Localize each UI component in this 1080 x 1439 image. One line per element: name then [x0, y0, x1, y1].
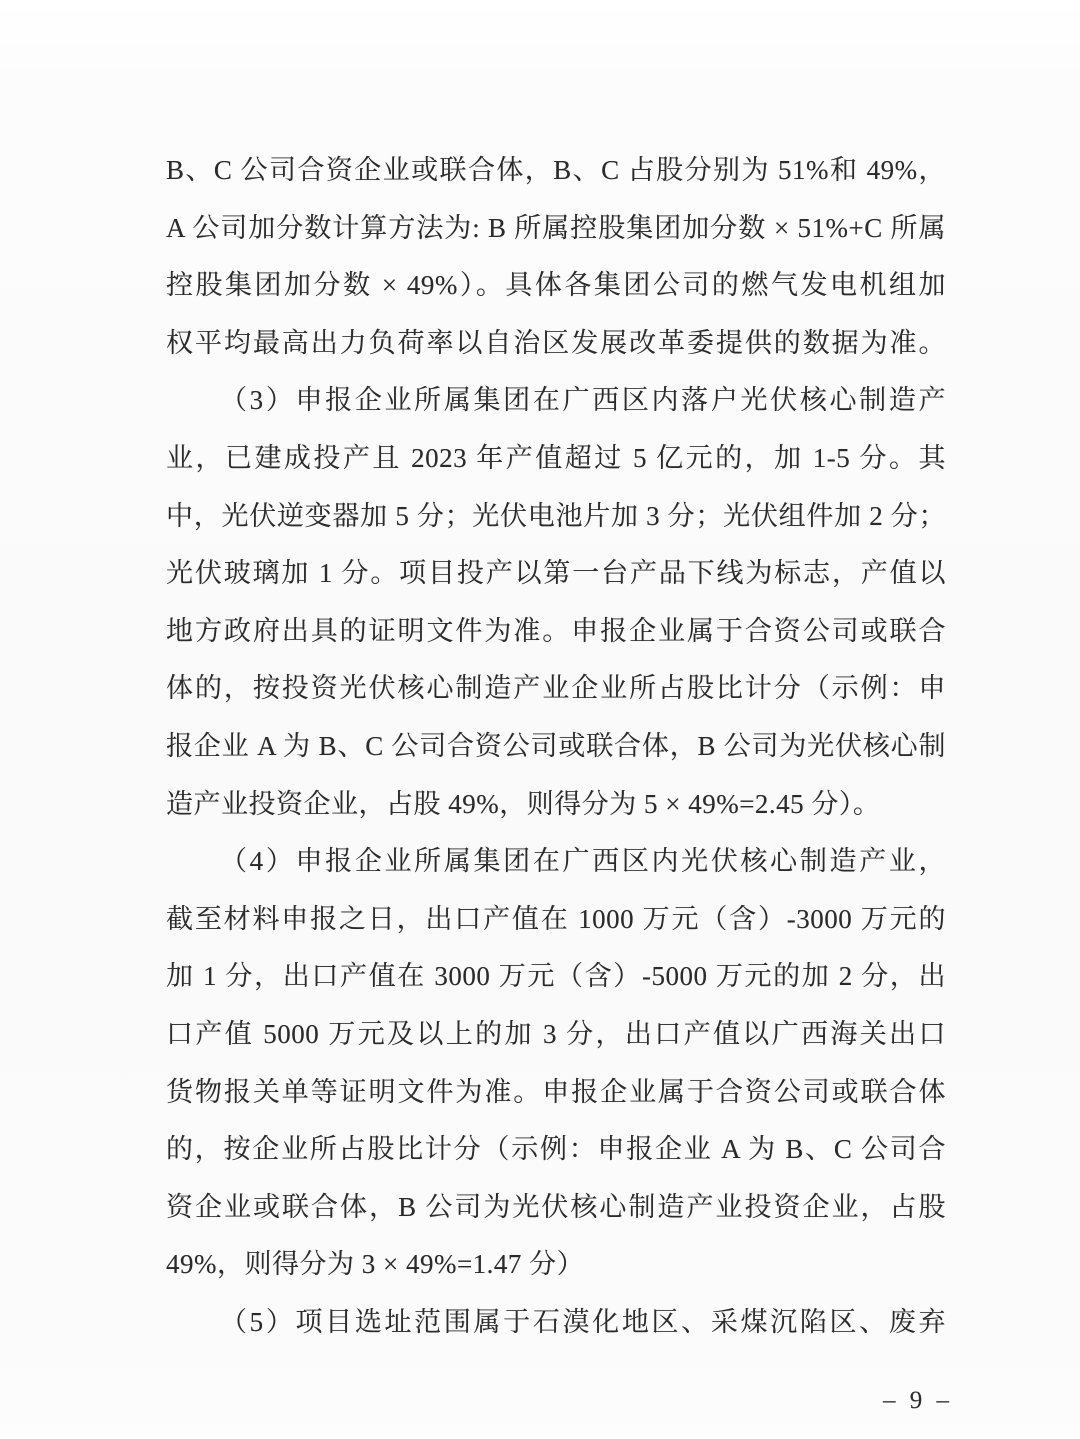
text-line: （5）项目选址范围属于石漠化地区、采煤沉陷区、废弃: [166, 1294, 946, 1352]
text-line: B、C 公司合资企业或联合体，B、C 占股分别为 51%和 49%，则: [166, 142, 946, 200]
paragraph: B、C 公司合资企业或联合体，B、C 占股分别为 51%和 49%，则A 公司加…: [166, 142, 946, 372]
text-line: 造产业投资企业，占股 49%，则得分为 5 × 49%=2.45 分）。: [166, 776, 946, 834]
paragraph: （3）申报企业所属集团在广西区内落户光伏核心制造产业，已建成投产且 2023 年…: [166, 372, 946, 833]
text-line: 控股集团加分数 × 49%）。具体各集团公司的燃气发电机组加: [166, 257, 946, 315]
text-line: 权平均最高出力负荷率以自治区发展改革委提供的数据为准。: [166, 315, 946, 373]
text-line: 中，光伏逆变器加 5 分；光伏电池片加 3 分；光伏组件加 2 分；: [166, 488, 946, 546]
document-body: B、C 公司合资企业或联合体，B、C 占股分别为 51%和 49%，则A 公司加…: [166, 142, 946, 1351]
text-line: 的，按企业所占股比计分（示例：申报企业 A 为 B、C 公司合: [166, 1121, 946, 1179]
text-line: 49%，则得分为 3 × 49%=1.47 分）: [166, 1236, 946, 1294]
text-line: 货物报关单等证明文件为准。申报企业属于合资公司或联合体: [166, 1064, 946, 1122]
text-line: 业，已建成投产且 2023 年产值超过 5 亿元的，加 1-5 分。其: [166, 430, 946, 488]
text-line: 地方政府出具的证明文件为准。申报企业属于合资公司或联合: [166, 603, 946, 661]
page-number: – 9 –: [883, 1386, 953, 1416]
text-line: 加 1 分，出口产值在 3000 万元（含）-5000 万元的加 2 分，出: [166, 948, 946, 1006]
paragraph: （5）项目选址范围属于石漠化地区、采煤沉陷区、废弃: [166, 1294, 946, 1352]
text-line: 截至材料申报之日，出口产值在 1000 万元（含）-3000 万元的: [166, 891, 946, 949]
text-line: 光伏玻璃加 1 分。项目投产以第一台产品下线为标志，产值以: [166, 545, 946, 603]
paragraph: （4）申报企业所属集团在广西区内光伏核心制造产业，截至材料申报之日，出口产值在 …: [166, 833, 946, 1294]
text-line: （4）申报企业所属集团在广西区内光伏核心制造产业，: [166, 833, 946, 891]
document-page: B、C 公司合资企业或联合体，B、C 占股分别为 51%和 49%，则A 公司加…: [0, 0, 1080, 1439]
text-line: 体的，按投资光伏核心制造产业企业所占股比计分（示例：申: [166, 660, 946, 718]
text-line: A 公司加分数计算方法为: B 所属控股集团加分数 × 51%+C 所属: [166, 200, 946, 258]
text-line: （3）申报企业所属集团在广西区内落户光伏核心制造产: [166, 372, 946, 430]
text-line: 报企业 A 为 B、C 公司合资公司或联合体，B 公司为光伏核心制: [166, 718, 946, 776]
text-line: 资企业或联合体，B 公司为光伏核心制造产业投资企业，占股: [166, 1179, 946, 1237]
text-line: 口产值 5000 万元及以上的加 3 分，出口产值以广西海关出口: [166, 1006, 946, 1064]
